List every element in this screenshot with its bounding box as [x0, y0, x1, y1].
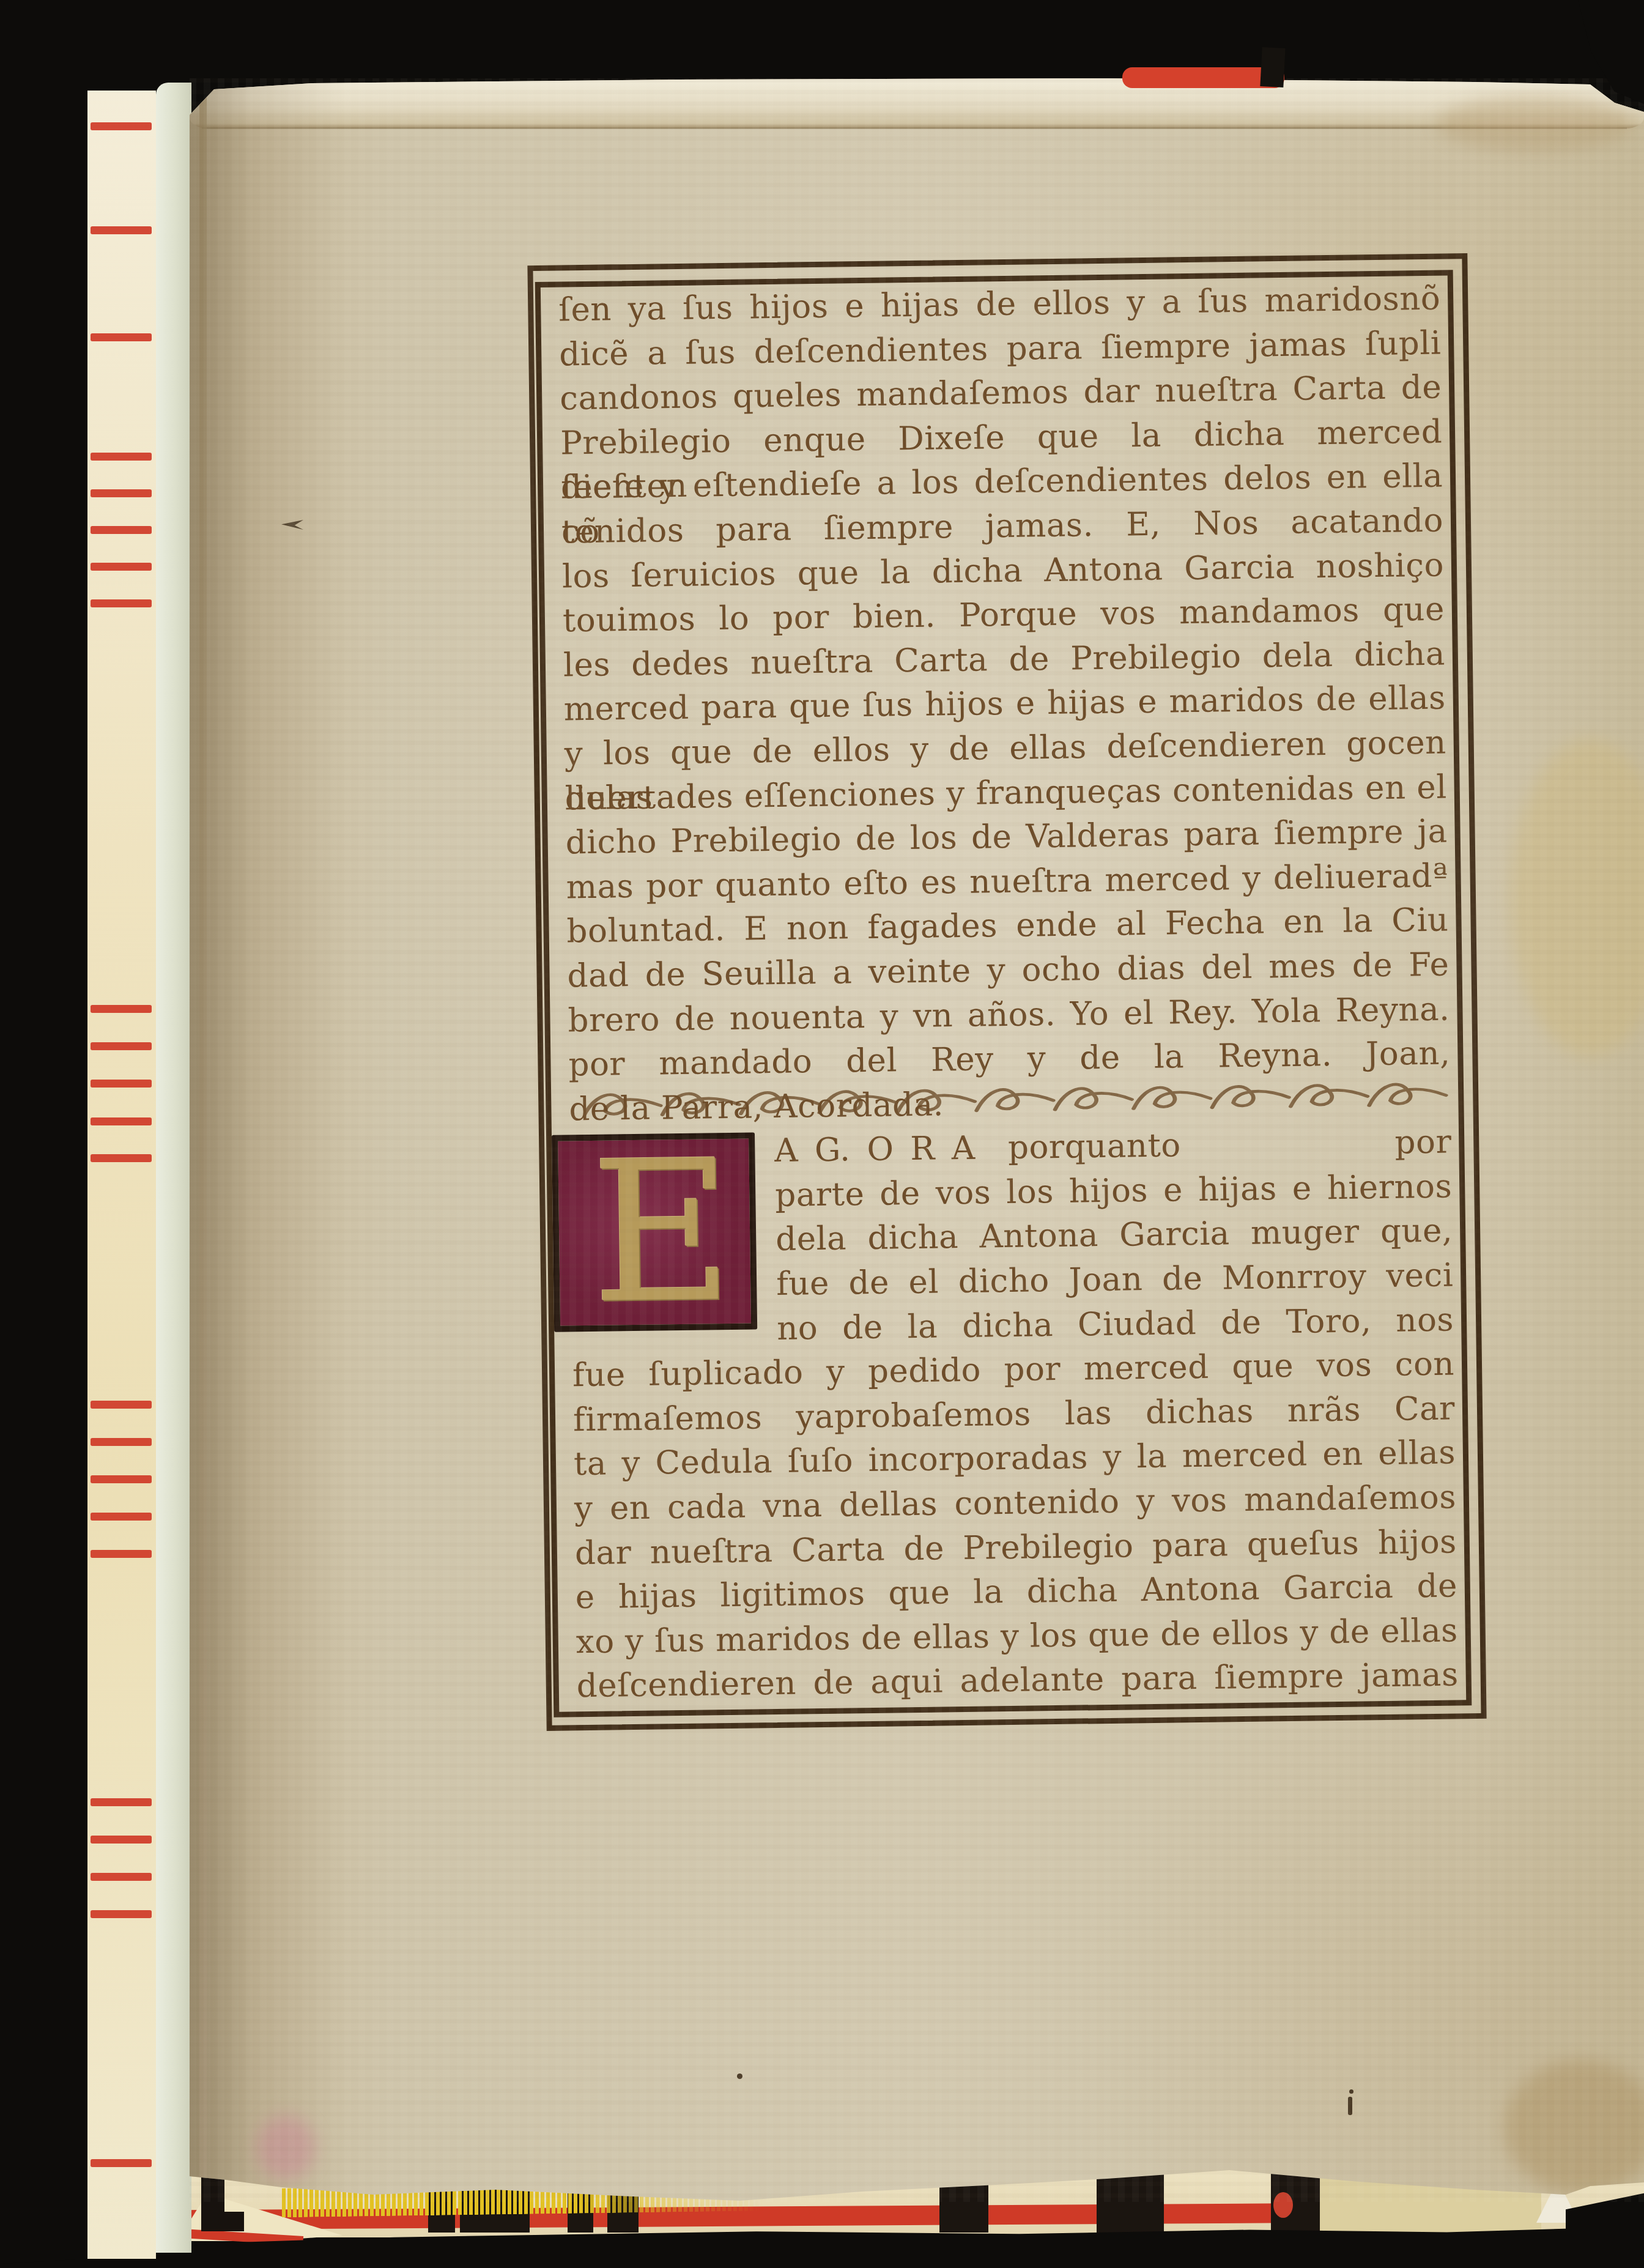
- red-stave-line: [91, 226, 152, 234]
- red-stave-line: [91, 489, 152, 497]
- edge-tab: [1097, 2174, 1164, 2233]
- page-curl-edge: [156, 83, 191, 2253]
- red-stave-line: [91, 2159, 152, 2167]
- manuscript-photo: E ſen ya ſus hijos e hijas de ellos y a …: [0, 0, 1644, 2268]
- red-stave-line: [91, 526, 152, 534]
- red-stave-line: [91, 599, 152, 607]
- stain: [1511, 739, 1644, 1057]
- red-stave-line: [91, 1438, 152, 1446]
- gutter-shadow: [190, 78, 398, 2202]
- top-crease-line: [202, 127, 1627, 129]
- red-stave-line: [91, 333, 152, 341]
- red-stave-line: [91, 1798, 152, 1806]
- ink-speck: [1349, 2089, 1353, 2094]
- red-stave-line: [91, 563, 152, 571]
- red-stave-line: [91, 1117, 152, 1125]
- red-stave-line: [91, 453, 152, 461]
- red-stave-line: [91, 1154, 152, 1162]
- red-stave-line: [91, 1401, 152, 1409]
- fold-seam: [199, 84, 207, 2188]
- parchment-page: E ſen ya ſus hijos e hijas de ellos y a …: [190, 78, 1644, 2202]
- red-stave-line: [91, 1475, 152, 1483]
- text-frame: E ſen ya ſus hijos e hijas de ellos y a …: [527, 253, 1486, 1731]
- bottom-tab-red-mark: [1273, 2192, 1293, 2218]
- red-stave-lines: [87, 91, 156, 2259]
- red-stave-line: [91, 1836, 152, 1844]
- top-edge-black-tick: [1260, 47, 1285, 87]
- stain: [1437, 97, 1633, 152]
- red-stave-line: [91, 1513, 152, 1521]
- red-stave-line: [91, 1873, 152, 1881]
- red-stave-line: [91, 1080, 152, 1088]
- red-stave-line: [91, 1005, 152, 1013]
- stain: [1505, 2060, 1644, 2195]
- manuscript-text-block: ſen ya ſus hijos e hijas de ellos y a ſu…: [558, 277, 1459, 1714]
- ink-mark: [1348, 2097, 1352, 2115]
- stain: [257, 2115, 315, 2179]
- ink-speck: [737, 2073, 742, 2079]
- red-stave-line: [91, 1910, 152, 1918]
- red-stave-line: [91, 122, 152, 130]
- music-fragment: [201, 2212, 244, 2231]
- red-stave-line: [91, 1550, 152, 1558]
- rolled-top-edge: [190, 78, 1644, 128]
- manuscript-line-text: de la Parra, Acordada.: [569, 1083, 944, 1132]
- left-fore-edge-strip: [87, 91, 156, 2259]
- red-stave-line: [91, 1042, 152, 1050]
